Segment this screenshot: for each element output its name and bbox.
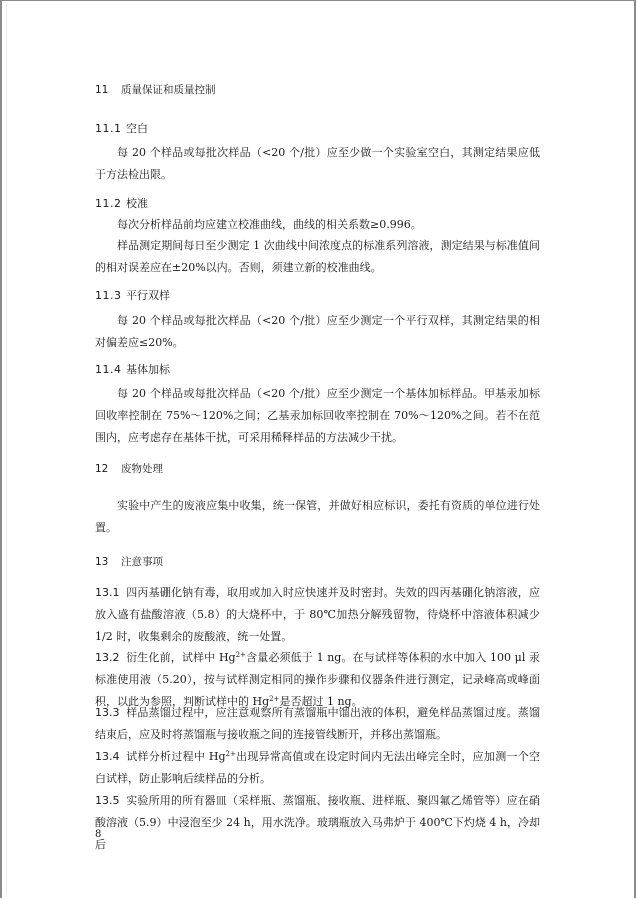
paragraph-11-1: 每 20 个样品或每批次样品（<20 个/批）应至少做一个实验室空白，其测定结果… [95,142,540,186]
section-heading-11: 11质量保证和质量控制 [95,82,216,97]
item-text: 样品蒸馏过程中，应注意观察所有蒸馏瓶中馏出液的体积，避免样品蒸馏过度。蒸馏结束后… [95,706,540,741]
subsection-number: 11.3 [95,289,126,302]
subsection-title: 校准 [126,197,148,210]
note-item-13-1: 13.1四丙基硼化钠有毒，取用或加入时应快速并及时密封。失效的四丙基硼化钠溶液，… [95,582,540,648]
item-text: 试样分析过程中 Hg [126,750,226,763]
item-number: 13.1 [95,582,126,604]
item-number: 13.5 [95,790,126,812]
section-number: 13 [95,556,121,568]
paragraph-11-4: 每 20 个样品或每批次样品（<20 个/批）应至少测定一个基体加标样品。甲基汞… [95,383,540,449]
subsection-heading-11-1: 11.1空白 [95,120,148,136]
paragraph-12: 实验中产生的废液应集中收集，统一保管，并做好相应标识，委托有资质的单位进行处置。 [95,495,540,539]
note-item-13-3: 13.3样品蒸馏过程中，应注意观察所有蒸馏瓶中馏出液的体积，避免样品蒸馏过度。蒸… [95,702,540,746]
section-title: 废物处理 [121,463,163,475]
subsection-title: 空白 [126,122,148,135]
subsection-title: 基体加标 [126,363,170,376]
subsection-heading-11-3: 11.3平行双样 [95,287,170,303]
subsection-title: 平行双样 [126,289,170,302]
item-number: 13.4 [95,746,126,768]
item-text: 四丙基硼化钠有毒，取用或加入时应快速并及时密封。失效的四丙基硼化钠溶液，应放入盛… [95,586,540,643]
subsection-number: 11.4 [95,363,126,376]
subsection-heading-11-2: 11.2校准 [95,195,148,211]
item-number: 13.3 [95,702,126,724]
paragraph-11-3: 每 20 个样品或每批次样品（<20 个/批）应至少测定一个平行双样，其测定结果… [95,310,540,354]
paragraph-11-2-a: 每次分析样品前均应建立校准曲线，曲线的相关系数≥0.996。 [95,214,540,236]
section-number: 11 [95,84,121,96]
section-number: 12 [95,463,121,475]
note-item-13-4: 13.4试样分析过程中 Hg2+出现异常高值或在设定时间内无法出峰完全时，应加测… [95,746,540,790]
page-edge-rule [6,4,7,894]
subsection-number: 11.1 [95,122,126,135]
note-item-13-5: 13.5实验所用的所有器皿（采样瓶、蒸馏瓶、接收瓶、进样瓶、聚四氟乙烯管等）应在… [95,790,540,856]
page-number: 8 [95,829,101,840]
subsection-number: 11.2 [95,197,126,210]
section-title: 质量保证和质量控制 [121,84,216,96]
section-heading-12: 12废物处理 [95,461,163,476]
superscript-charge: 2+ [236,651,246,659]
item-text: 衍生化前，试样中 Hg [126,651,236,664]
section-heading-13: 13注意事项 [95,554,163,569]
section-title: 注意事项 [121,556,163,568]
item-text: 实验所用的所有器皿（采样瓶、蒸馏瓶、接收瓶、进样瓶、聚四氟乙烯管等）应在硝酸溶液… [95,794,540,851]
item-number: 13.2 [95,647,126,669]
subsection-heading-11-4: 11.4基体加标 [95,361,170,377]
paragraph-11-2-b: 样品测定期间每日至少测定 1 次曲线中间浓度点的标准系列溶液，测定结果与标准值间… [95,235,540,279]
superscript-charge: 2+ [226,750,236,758]
